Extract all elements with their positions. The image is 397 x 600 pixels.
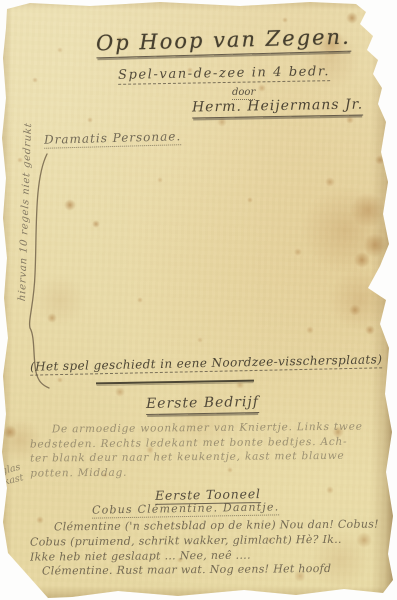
manuscript-scan: Op Hoop van Zegen. Spel-van-de-zee in 4 … (0, 0, 397, 600)
paper-sheet: Op Hoop van Zegen. Spel-van-de-zee in 4 … (0, 0, 397, 600)
stage-directions: De armoedige woonkamer van Kniertje. Lin… (30, 419, 388, 480)
manuscript-subtitle: Spel-van-de-zee in 4 bedr. (118, 64, 330, 83)
stage-direction-line: ter blank deur naar het keukentje, kast … (30, 448, 388, 466)
author-name: Herm. Heijermans Jr. (192, 97, 363, 116)
scene-cast-list: Cobus Clémentine. Daantje. (92, 500, 280, 516)
byline-prefix: door (232, 87, 255, 98)
margin-brace-mark (24, 152, 54, 390)
dramatis-personae-heading: Dramatis Personae. (44, 129, 182, 147)
act-heading: Eerste Bedrijf (146, 394, 259, 412)
